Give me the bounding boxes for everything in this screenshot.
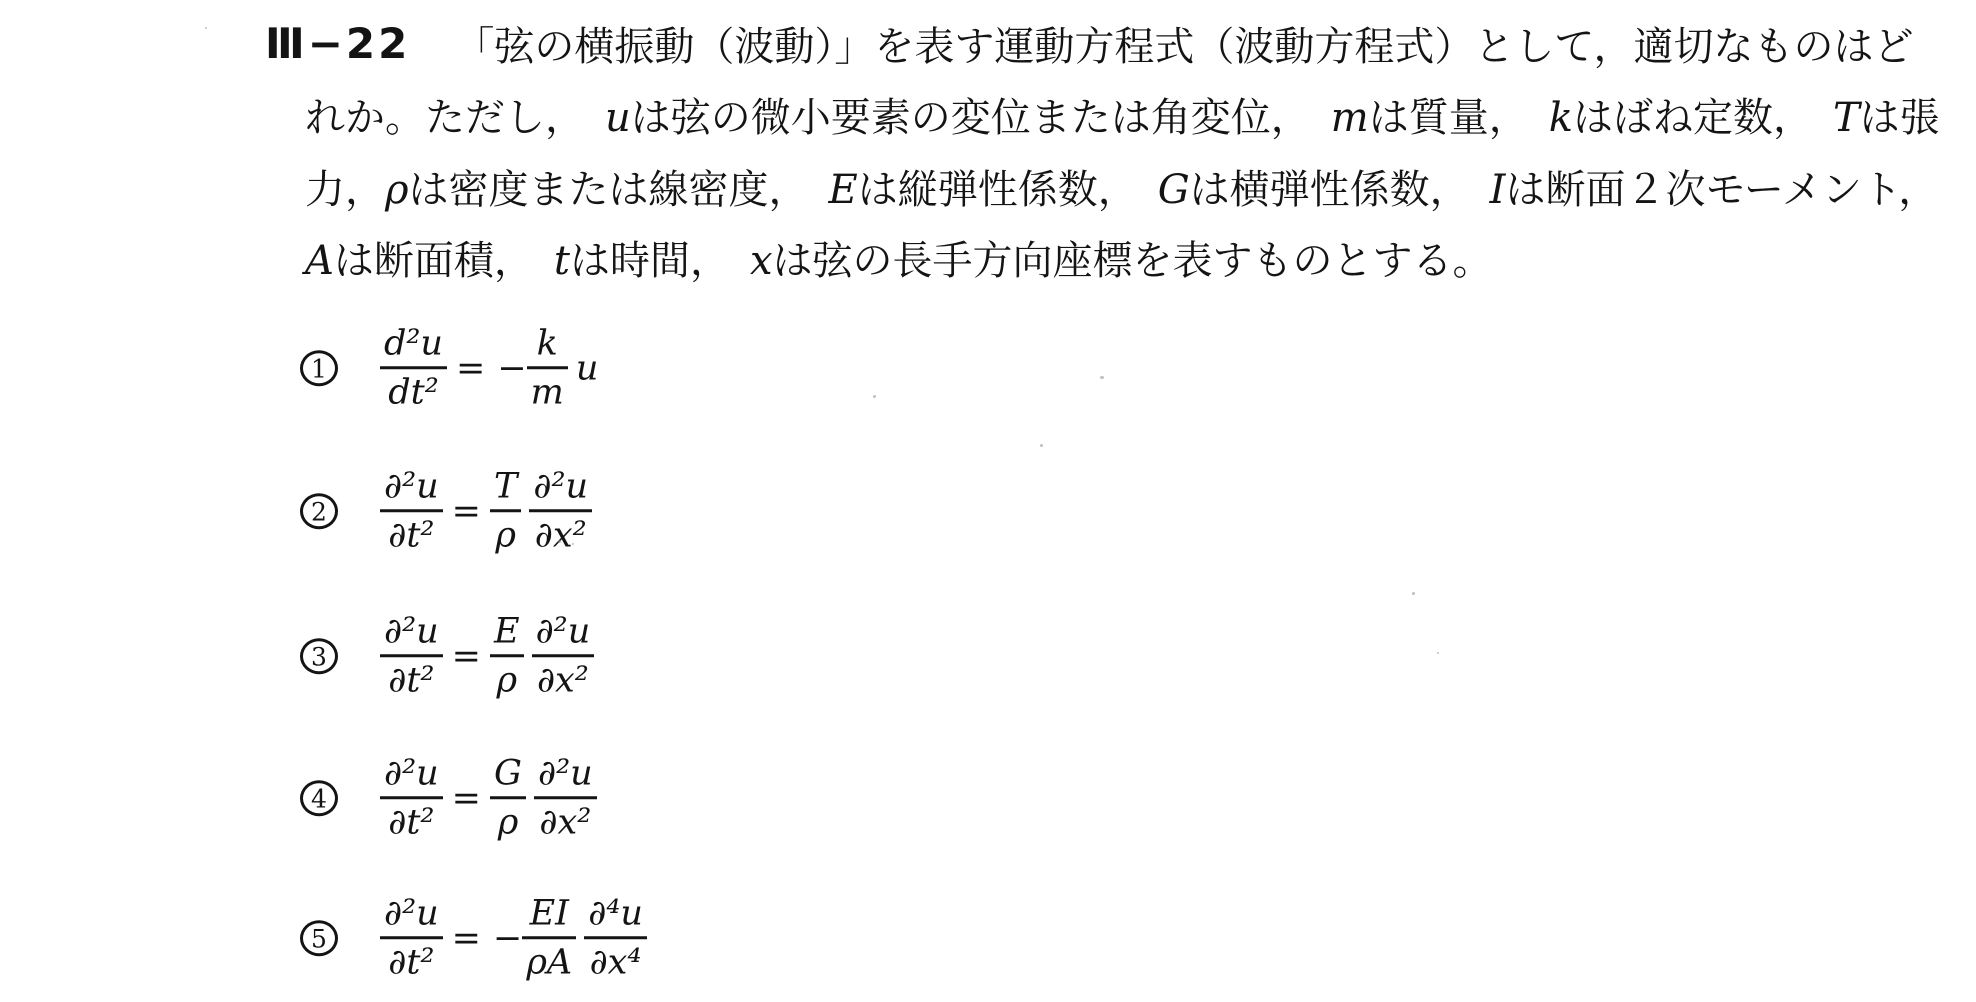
scan-artifact-dot [1040,444,1043,447]
lhs-numerator: ∂²u [380,611,443,651]
lhs-numerator: ∂²u [380,893,443,933]
option-4-circled-number: 4 [300,780,338,816]
rhs-denominator: ∂x² [531,516,591,556]
coef-numerator: G [490,753,526,793]
coefficient-fraction: k m [527,323,568,413]
option-1-equation: d²u dt² = − k m u [380,323,598,413]
rhs-denominator: ∂x² [533,661,593,701]
fraction-bar [584,937,647,940]
question-line-1: Ⅲ−22「弦の横振動（波動）」を表す運動方程式（波動方程式）として，適切なものは… [265,22,1914,71]
rhs-fraction: ∂²u ∂x² [532,611,595,701]
rhs-fraction: ∂²u ∂x² [534,753,597,843]
fraction-bar [380,797,443,800]
scan-artifact-dot [873,395,876,398]
scan-artifact-dot [572,543,574,545]
option-5-number: 5 [311,924,327,953]
lhs-denominator: dt² [384,373,443,413]
question-number: Ⅲ−22 [265,19,410,68]
scan-artifact-dot [1412,592,1415,595]
rhs-numerator: ∂²u [534,753,597,793]
fraction-bar [490,655,524,658]
lhs-denominator: ∂t² [384,803,438,843]
coef-denominator: ρA [522,943,576,983]
equals-sign: = [456,348,485,388]
option-4-number: 4 [311,784,327,813]
option-1-number: 1 [311,354,327,383]
option-3-circled-number: 3 [300,638,338,674]
option-4-equation: ∂²u ∂t² = G ρ ∂²u ∂x² [380,753,597,843]
equals-sign: = [452,918,481,958]
option-3-number: 3 [311,642,327,671]
rhs-numerator: ∂²u [532,611,595,651]
fraction-bar [490,797,526,800]
scan-artifact-dot [205,27,207,29]
scan-artifact-dot [1437,652,1439,654]
coef-numerator: k [533,323,562,363]
coefficient-fraction: G ρ [490,753,526,843]
option-3-equation: ∂²u ∂t² = E ρ ∂²u ∂x² [380,611,594,701]
coef-denominator: ρ [492,661,521,701]
coef-numerator: E [490,611,524,651]
rhs-numerator: ∂⁴u [584,893,647,933]
fraction-bar [380,510,443,513]
fraction-bar [534,797,597,800]
option-row-3: 3 ∂²u ∂t² = E ρ ∂²u ∂x² [300,611,594,701]
lhs-numerator: ∂²u [380,753,443,793]
coef-denominator: ρ [491,516,520,556]
equals-sign: = [452,778,481,818]
option-5-circled-number: 5 [300,920,338,956]
rhs-numerator: ∂²u [529,466,592,506]
lhs-denominator: ∂t² [384,516,438,556]
fraction-bar [380,655,443,658]
lhs-numerator: d²u [380,323,447,363]
coef-denominator: m [527,373,568,413]
minus-sign: − [497,348,526,388]
equals-sign: = [452,491,481,531]
minus-sign: − [493,918,522,958]
fraction-bar [490,510,521,513]
lhs-fraction: ∂²u ∂t² [380,753,443,843]
fraction-bar [532,655,595,658]
lhs-fraction: ∂²u ∂t² [380,611,443,701]
coefficient-fraction: T ρ [490,466,521,556]
option-row-2: 2 ∂²u ∂t² = T ρ ∂²u ∂x² [300,466,592,556]
lhs-fraction: d²u dt² [380,323,447,413]
fraction-bar [380,937,443,940]
question-line-2: れか。ただし， uは弦の微小要素の変位または角変位， mは質量， kはばね定数，… [305,94,1940,142]
fraction-bar [529,510,592,513]
rhs-denominator: ∂x² [535,803,595,843]
scan-artifact-dot [558,540,561,543]
scan-artifact-dot [1100,376,1104,379]
coef-numerator: T [490,466,521,506]
option-1-circled-number: 1 [300,350,338,386]
lhs-denominator: ∂t² [384,943,438,983]
lhs-fraction: ∂²u ∂t² [380,466,443,556]
lhs-denominator: ∂t² [384,661,438,701]
option-row-1: 1 d²u dt² = − k m u [300,323,598,413]
lhs-fraction: ∂²u ∂t² [380,893,443,983]
coefficient-fraction: EI ρA [522,893,576,983]
coef-numerator: EI [526,893,573,933]
option-2-number: 2 [311,497,327,526]
rhs-fraction: ∂⁴u ∂x⁴ [584,893,647,983]
rhs-denominator: ∂x⁴ [586,943,646,983]
option-row-4: 4 ∂²u ∂t² = G ρ ∂²u ∂x² [300,753,597,843]
coefficient-fraction: E ρ [490,611,524,701]
trailing-variable: u [576,348,599,388]
equals-sign: = [452,636,481,676]
fraction-bar [522,937,576,940]
question-line-1-text: 「弦の横振動（波動）」を表す運動方程式（波動方程式）として，適切なものはど [454,24,1913,70]
document-page: Ⅲ−22「弦の横振動（波動）」を表す運動方程式（波動方程式）として，適切なものは… [0,0,1976,1002]
coef-denominator: ρ [494,803,523,843]
option-2-circled-number: 2 [300,493,338,529]
lhs-numerator: ∂²u [380,466,443,506]
question-line-3: 力，ρは密度または線密度， Eは縦弾性係数， Gは横弾性係数， Iは断面２次モー… [305,166,1938,214]
question-line-4: Aは断面積， tは時間， xは弦の長手方向座標を表すものとする。 [305,237,1493,285]
fraction-bar [380,367,447,370]
fraction-bar [527,367,568,370]
option-5-equation: ∂²u ∂t² = − EI ρA ∂⁴u ∂x⁴ [380,893,647,983]
option-row-5: 5 ∂²u ∂t² = − EI ρA ∂⁴u ∂x⁴ [300,893,647,983]
